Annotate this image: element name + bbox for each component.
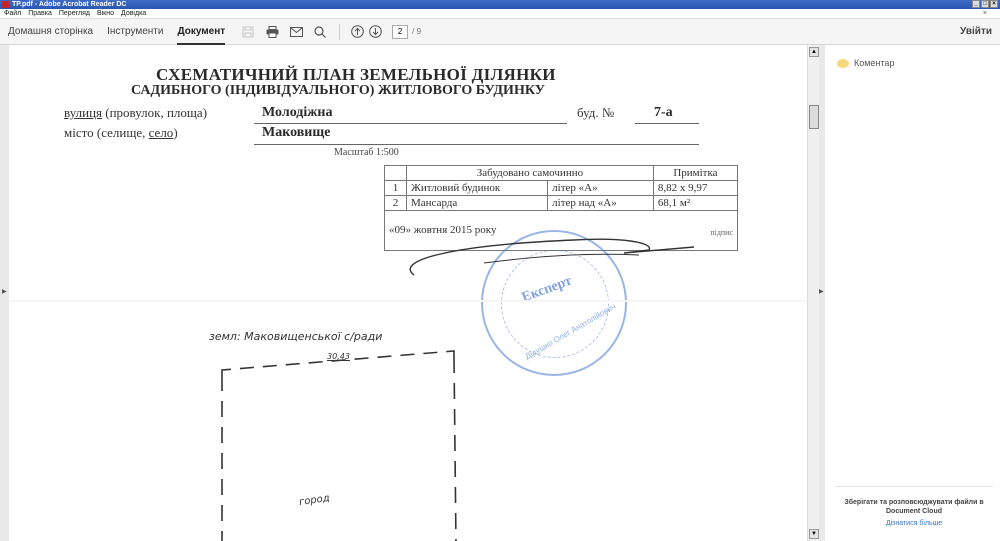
- print-icon[interactable]: [265, 25, 279, 39]
- close-document-icon[interactable]: ×: [983, 9, 987, 19]
- close-window-button[interactable]: ×: [990, 0, 998, 8]
- scale-label: Масштаб 1:500: [334, 147, 399, 158]
- toolbar-divider: [339, 24, 340, 40]
- acrobat-logo-icon: [2, 1, 9, 8]
- page-number-input[interactable]: 2: [392, 25, 408, 39]
- page-fold-line: [9, 300, 807, 302]
- maximize-button[interactable]: □: [981, 0, 989, 8]
- table-cell: Житловий будинок: [407, 181, 548, 196]
- table-header-cell: [385, 166, 407, 181]
- table-header-cell: Примітка: [653, 166, 737, 181]
- doc-title-line1: СХЕМАТИЧНИЙ ПЛАН ЗЕМЕЛЬНОЇ ДІЛЯНКИ: [156, 65, 556, 85]
- street-label-underlined: вулиця: [64, 105, 102, 120]
- table-cell: літер «А»: [548, 181, 654, 196]
- vertical-scrollbar[interactable]: ▲ ▼: [807, 45, 819, 541]
- table-cell: 1: [385, 181, 407, 196]
- table-cell: літер над «А»: [548, 196, 654, 211]
- save-icon[interactable]: [241, 25, 255, 39]
- stamp-bottom-text: Дідушко Олег Анатолійович: [524, 302, 618, 361]
- learn-more-link[interactable]: Дізнатися більше: [835, 520, 993, 527]
- document-cloud-promo: Зберігати та розповсюджувати файли в Doc…: [835, 498, 993, 516]
- toolbar: Домашня сторінка Інструменти Документ 2 …: [0, 19, 1000, 45]
- email-icon[interactable]: [289, 25, 303, 39]
- city-label: місто (селище, село): [64, 125, 178, 141]
- tab-home[interactable]: Домашня сторінка: [8, 19, 93, 45]
- street-label-rest: (провулок, площа): [102, 105, 207, 120]
- comment-bubble-icon: [837, 59, 849, 68]
- page-up-icon[interactable]: [350, 25, 364, 39]
- window-controls: _ □ ×: [972, 0, 998, 8]
- building-value: 7-а: [654, 105, 673, 121]
- window-titlebar: TP.pdf - Adobe Acrobat Reader DC _ □ ×: [0, 0, 1000, 9]
- comment-tool[interactable]: Коментар: [837, 58, 894, 68]
- page-total: / 9: [412, 27, 421, 36]
- minimize-button[interactable]: _: [972, 0, 980, 8]
- handwritten-lands-note: земл: Маковищенської с/ради: [209, 330, 382, 343]
- street-value: Молодіжна: [262, 105, 333, 121]
- city-underline: [254, 144, 699, 145]
- plot-boundary: [214, 345, 474, 541]
- table-cell: 8,82 х 9,97: [653, 181, 737, 196]
- table-header-row: Забудовано самочинно Примітка: [385, 166, 738, 181]
- table-header-cell: Забудовано самочинно: [407, 166, 654, 181]
- city-label-start: місто (селище,: [64, 125, 149, 140]
- city-value: Маковище: [262, 125, 330, 141]
- window-title: TP.pdf - Adobe Acrobat Reader DC: [12, 0, 126, 9]
- building-label: буд. №: [577, 105, 614, 121]
- pdf-page: СХЕМАТИЧНИЙ ПЛАН ЗЕМЕЛЬНОЇ ДІЛЯНКИ САДИБ…: [9, 45, 807, 541]
- scroll-thumb[interactable]: [809, 105, 819, 129]
- street-underline: [254, 123, 567, 124]
- page-down-icon[interactable]: [368, 25, 382, 39]
- table-cell: 68,1 м²: [653, 196, 737, 211]
- right-panel: Коментар Зберігати та розповсюджувати фа…: [825, 45, 1000, 541]
- city-label-underlined: село: [149, 125, 174, 140]
- building-underline: [635, 123, 699, 124]
- street-label: вулиця (провулок, площа): [64, 105, 207, 121]
- table-cell: 2: [385, 196, 407, 211]
- comment-label: Коментар: [854, 58, 894, 68]
- signature-scribble: [394, 225, 714, 285]
- table-row: 1 Житловий будинок літер «А» 8,82 х 9,97: [385, 181, 738, 196]
- menu-help[interactable]: Довідка: [121, 9, 146, 18]
- menu-window[interactable]: Вікно: [97, 9, 114, 18]
- search-icon[interactable]: [313, 25, 327, 39]
- panel-divider: [835, 486, 993, 487]
- scroll-up-button[interactable]: ▲: [809, 47, 819, 57]
- expand-left-panel-icon[interactable]: ▶: [2, 288, 7, 295]
- menu-edit[interactable]: Правка: [28, 9, 52, 18]
- city-label-end: ): [173, 125, 177, 140]
- doc-title-line2: САДИБНОГО (ІНДИВІДУАЛЬНОГО) ЖИТЛОВОГО БУ…: [131, 83, 545, 99]
- scroll-down-button[interactable]: ▼: [809, 529, 819, 539]
- menu-view[interactable]: Перегляд: [59, 9, 90, 18]
- table-cell: Мансарда: [407, 196, 548, 211]
- menu-file[interactable]: Файл: [4, 9, 21, 18]
- tab-document[interactable]: Документ: [177, 19, 225, 45]
- sign-in-button[interactable]: Увійти: [960, 19, 992, 45]
- left-panel-toggle[interactable]: ▶: [0, 45, 9, 541]
- collapse-right-panel-icon[interactable]: ▶: [819, 288, 824, 295]
- table-row: 2 Мансарда літер над «А» 68,1 м²: [385, 196, 738, 211]
- menu-bar: Файл Правка Перегляд Вікно Довідка ×: [0, 9, 1000, 19]
- tab-tools[interactable]: Інструменти: [107, 19, 163, 45]
